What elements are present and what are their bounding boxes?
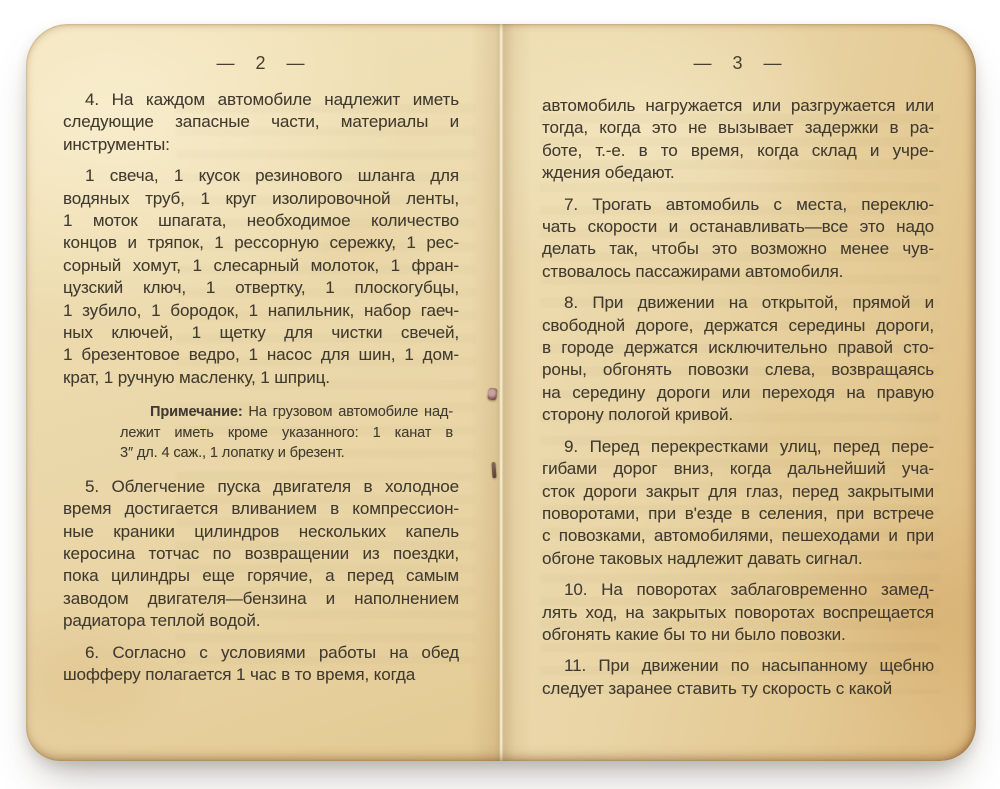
text-line: чать скорости и останавливать—все это на… [542, 216, 934, 238]
paragraph: 9. Перед перекрестками улиц, перед пере-… [542, 436, 934, 570]
text-line: концов и тряпок, 1 рессорную сережку, 1 … [63, 232, 459, 254]
text-line: в городе держатся исключительно правой с… [542, 337, 934, 359]
text-line: 1 брезентовое ведро, 1 насос для шин, 1 … [63, 344, 459, 366]
text-line: поворотами, при в'езде в селения, при вс… [542, 503, 934, 525]
text-line: сток дороги закрыт для глаз, перед закры… [542, 481, 934, 503]
page-left: — 2 — 4. На каждом автомобиле надлежит и… [26, 24, 500, 761]
paragraph: 11. При движении по насыпанному щебнюсле… [542, 655, 934, 700]
text-line: 1 моток шпагата, необходимое количество [63, 210, 459, 232]
text-line: свободной дороге, держатся середины доро… [542, 315, 934, 337]
paragraph: 1 свеча, 1 кусок резинового шланга дляво… [63, 165, 459, 389]
text-line: лять ход, на закрытых поворотах воспреща… [542, 602, 934, 624]
text-line: 1 зубило, 1 бородок, 1 напильник, набор … [63, 300, 459, 322]
text-line: 7. Трогать автомобиль с места, переклю- [542, 194, 934, 216]
page-right: — 3 — автомобиль нагружается или разгруж… [500, 24, 976, 761]
page-right-body: автомобиль нагружается или разгружается … [542, 95, 934, 700]
text-line: водяных труб, 1 круг изолировочной ленты… [63, 188, 459, 210]
note-label: Примечание: [150, 404, 243, 420]
text-line: заводом двигателя—бензина и наполнением [63, 588, 459, 610]
text-line: обгонять какие бы то ни было повозки. [542, 624, 934, 646]
text-line: пока цилиндры еще горячие, а перед самым [63, 565, 459, 587]
text-line: тогда, когда это не вызывает задержки в … [542, 117, 934, 139]
paragraph: 10. На поворотах заблаговременно замед-л… [542, 579, 934, 646]
text-line: инструменты: [63, 134, 459, 156]
paragraph: 7. Трогать автомобиль с места, переклю-ч… [542, 194, 934, 284]
text-line: следующие запасные части, материалы и [63, 111, 459, 133]
text-line: 4. На каждом автомобиле надлежит иметь [63, 89, 459, 111]
page-number-right: — 3 — [542, 53, 934, 73]
text-line: ждения обедают. [542, 162, 934, 184]
text-line: цузский ключ, 1 отвертку, 1 плоскогубцы, [63, 277, 459, 299]
text-line: радиатора теплой водой. [63, 610, 459, 632]
paragraph: 5. Облегчение пуска двигателя в холодное… [63, 476, 459, 633]
text-line: следует заранее ставить ту скорость с ка… [542, 678, 934, 700]
text-line: гибами дорог вниз, когда дальнейший уча- [542, 458, 934, 480]
text-line: шофферу полагается 1 час в то время, ког… [63, 664, 459, 686]
paragraph: автомобиль нагружается или разгружается … [542, 95, 934, 185]
page-left-column: — 2 — 4. На каждом автомобиле надлежит и… [63, 53, 459, 686]
page-right-column: — 3 — автомобиль нагружается или разгруж… [542, 53, 934, 700]
text-line: на середину дороги или переходя на праву… [542, 382, 934, 404]
page-left-body: 4. На каждом автомобиле надлежит иметьсл… [63, 89, 459, 686]
text-line: сорный хомут, 1 слесарный молоток, 1 фра… [63, 255, 459, 277]
text-line: с повозками, автомобилями, пешеходами и … [542, 525, 934, 547]
text-line: 8. При движении на открытой, прямой и [542, 292, 934, 314]
text-line: 11. При движении по насыпанному щебню [542, 655, 934, 677]
booklet-spread: — 2 — 4. На каждом автомобиле надлежит и… [26, 24, 976, 761]
paragraph: 4. На каждом автомобиле надлежит иметьсл… [63, 89, 459, 156]
text-line: крат, 1 ручную масленку, 1 шприц. [63, 367, 459, 389]
text-line: ствовалось пассажирами автомобиля. [542, 261, 934, 283]
text-line: 9. Перед перекрестками улиц, перед пере- [542, 436, 934, 458]
scan-background: — 2 — 4. На каждом автомобиле надлежит и… [0, 0, 1000, 789]
text-line: обгоне таковых надлежит давать сигнал. [542, 548, 934, 570]
text-line: автомобиль нагружается или разгружается … [542, 95, 934, 117]
text-line: боте, т.-е. в то время, когда склад и уч… [542, 140, 934, 162]
note-paragraph: Примечание: На грузовом автомобиле над-л… [120, 402, 453, 464]
text-line: керосина тотчас по возвращении из поездк… [63, 543, 459, 565]
text-line: ных ключей, 1 щетку для чистки свечей, [63, 322, 459, 344]
text-line: роны, обгонять повозки слева, возвращаяс… [542, 359, 934, 381]
text-line: делать так, чтобы это возможно менее чув… [542, 238, 934, 260]
text-line: ные краники цилиндров нескольких капель [63, 521, 459, 543]
text-line: 10. На поворотах заблаговременно замед- [542, 579, 934, 601]
text-line: 5. Облегчение пуска двигателя в холодное [63, 476, 459, 498]
paragraph: 6. Согласно с условиями работы на обедшо… [63, 642, 459, 687]
paragraph: 8. При движении на открытой, прямой исво… [542, 292, 934, 426]
text-line: время достигается вливанием в компрессио… [63, 498, 459, 520]
page-number-left: — 2 — [63, 53, 459, 73]
text-line: Примечание: На грузовом автомобиле над- [120, 402, 453, 423]
text-line: 6. Согласно с условиями работы на обед [63, 642, 459, 664]
text-line: лежит иметь кроме указанного: 1 канат в [120, 423, 453, 444]
text-line: 1 свеча, 1 кусок резинового шланга для [63, 165, 459, 187]
text-line: 3″ дл. 4 саж., 1 лопатку и брезент. [120, 443, 453, 464]
text-line: сторону пологой кривой. [542, 404, 934, 426]
